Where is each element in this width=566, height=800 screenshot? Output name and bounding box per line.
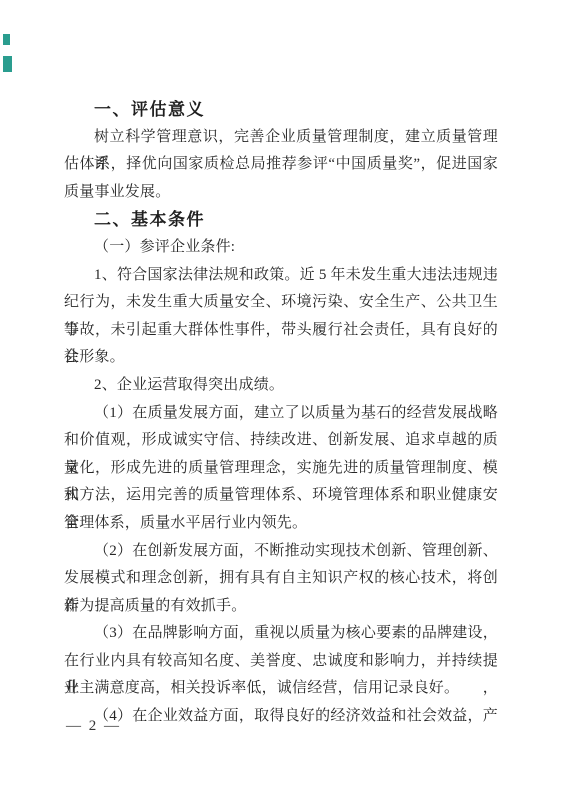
text-line: （1）在质量发展方面，建立了以质量为基石的经营发展战略 <box>64 400 498 428</box>
text-line: （一）参评企业条件: <box>64 234 498 262</box>
section-heading-2: 二、基本条件 <box>64 206 498 234</box>
text-line: 发展模式和理念创新，拥有具有自主知识产权的核心技术，将创新 <box>64 565 498 593</box>
text-line: 作为提高质量的有效抓手。 <box>64 593 498 621</box>
text-line: 管理体系，质量水平居行业内领先。 <box>64 510 498 538</box>
text-line: 和价值观，形成诚实守信、持续改进、创新发展、追求卓越的质量 <box>64 427 498 455</box>
text-line: （4）在企业效益方面，取得良好的经济效益和社会效益，产 <box>64 703 498 731</box>
scanned-document-page: 一、评估意义 树立科学管理意识，完善企业质量管理制度，建立质量管理评 估体系，择… <box>0 0 566 800</box>
text-line: 树立科学管理意识，完善企业质量管理制度，建立质量管理评 <box>64 124 498 152</box>
text-line: 2、企业运营取得突出成绩。 <box>64 372 498 400</box>
scan-artifact-mark-1 <box>3 34 10 45</box>
text-line: （3）在品牌影响方面，重视以质量为核心要素的品牌建设， <box>64 620 498 648</box>
document-body: 一、评估意义 树立科学管理意识，完善企业质量管理制度，建立质量管理评 估体系，择… <box>64 96 498 731</box>
page-number: — 2 — <box>66 716 121 736</box>
text-line: 文化，形成先进的质量管理理念，实施先进的质量管理制度、模式 <box>64 455 498 483</box>
text-line: （2）在创新发展方面，不断推动实现技术创新、管理创新、 <box>64 538 498 566</box>
text-line: 会形象。 <box>64 344 498 372</box>
text-line: 纪行为，未发生重大质量安全、环境污染、安全生产、公共卫生等 <box>64 289 498 317</box>
text-line: 1、符合国家法律法规和政策。近 5 年未发生重大违法违规违 <box>64 262 498 290</box>
text-line: 业主满意度高，相关投诉率低，诚信经营，信用记录良好。 <box>64 675 498 703</box>
scan-artifact-mark-2 <box>3 56 12 72</box>
text-line: 在行业内具有较高知名度、美誉度、忠诚度和影响力，并持续提升， <box>64 648 498 676</box>
text-line: 和方法，运用完善的质量管理体系、环境管理体系和职业健康安全 <box>64 482 498 510</box>
text-line: 质量事业发展。 <box>64 179 498 207</box>
text-line: 事故，未引起重大群体性事件，带头履行社会责任，具有良好的社 <box>64 317 498 345</box>
text-line: 估体系，择优向国家质检总局推荐参评“中国质量奖”，促进国家 <box>64 151 498 179</box>
section-heading-1: 一、评估意义 <box>64 96 498 124</box>
